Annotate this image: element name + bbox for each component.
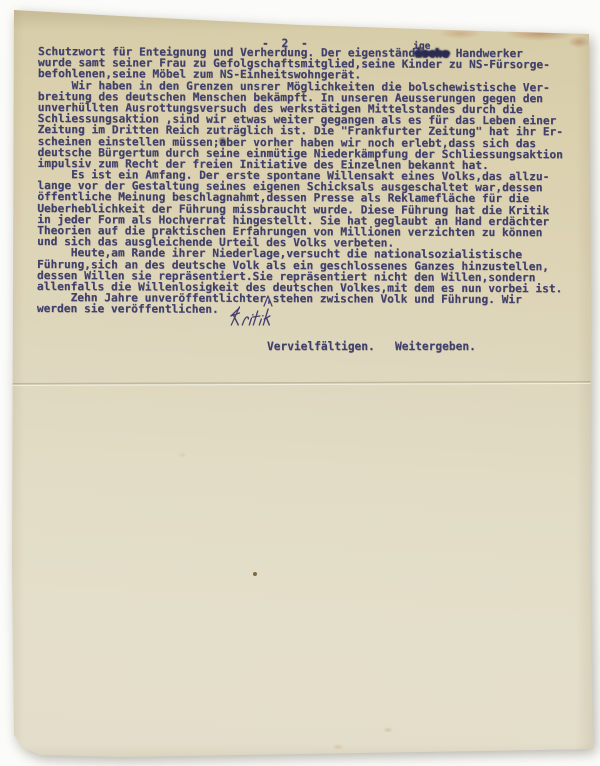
document-page: - 2 - Schutzwort für Enteignung und Verh… (0, 0, 600, 766)
footer-instruction: Vervielfältigen. Weitergeben. (267, 340, 476, 353)
typed-correction: igeische (415, 48, 449, 59)
rust-stain (568, 36, 590, 48)
rust-stain (505, 26, 575, 41)
paper-spot (178, 452, 187, 458)
fold-crease (12, 381, 592, 386)
rust-stain (438, 28, 482, 39)
superscript-correction: ige (413, 41, 430, 52)
handwritten-word-kritik-icon (226, 304, 278, 328)
paper-spot (383, 727, 393, 733)
paper-spot (332, 744, 344, 750)
paper-speck (253, 572, 257, 576)
paper-shadow-wrap: - 2 - Schutzwort für Enteignung und Verh… (0, 0, 600, 766)
photo-background: - 2 - Schutzwort für Enteignung und Verh… (0, 0, 600, 766)
typed-text-block: Schutzwort für Enteignung und Verherdung… (37, 46, 564, 317)
ink-blot (218, 136, 227, 146)
